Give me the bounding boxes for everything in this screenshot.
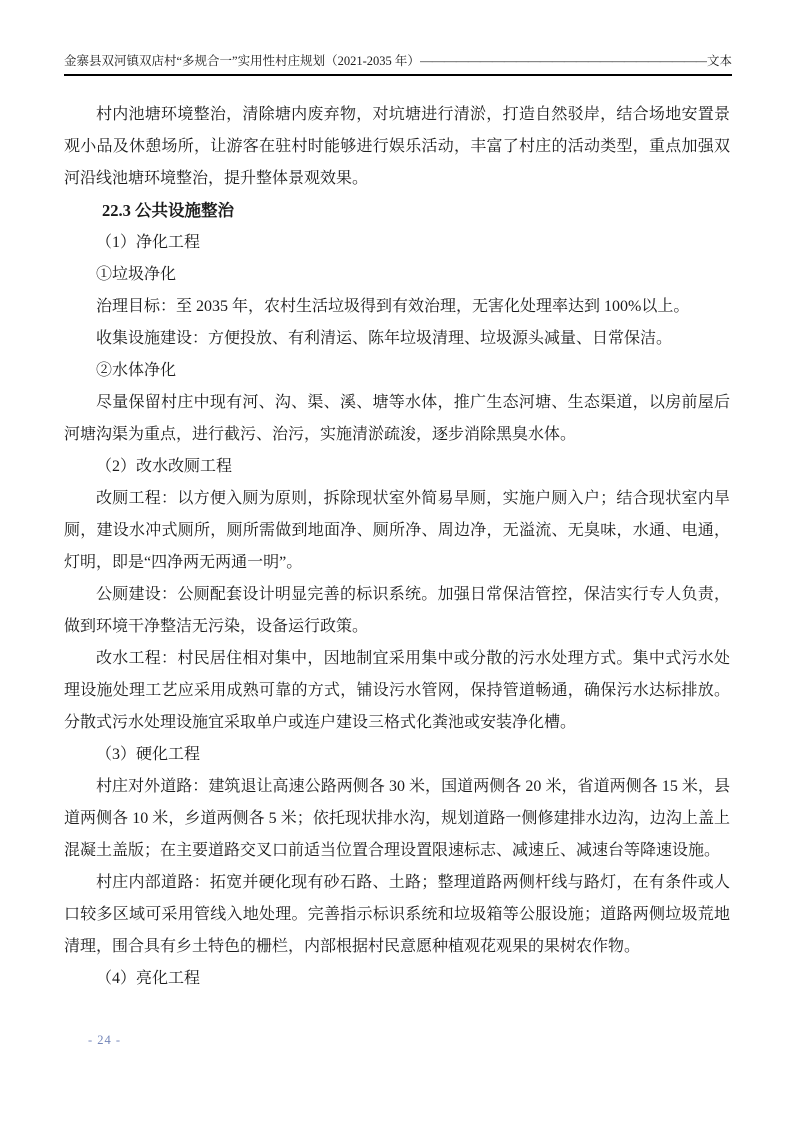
paragraph: 公厕建设：公厕配套设计明显完善的标识系统。加强日常保洁管控，保洁实行专人负责，做… — [64, 579, 730, 643]
header-title: 金寨县双河镇双店村“多规合一”实用性村庄规划（2021-2035 年） — [64, 53, 420, 70]
page-number: - 24 - — [88, 1032, 121, 1049]
paragraph: 改水工程：村民居住相对集中，因地制宜采用集中或分散的污水处理方式。集中式污水处理… — [64, 643, 730, 739]
section-heading: 22.3 公共设施整治 — [64, 195, 730, 227]
paragraph: 村庄对外道路：建筑退让高速公路两侧各 30 米，国道两侧各 20 米，省道两侧各… — [64, 771, 730, 867]
paragraph: （2）改水改厕工程 — [64, 451, 730, 483]
header-doc-type: 文本 — [707, 53, 732, 70]
paragraph: （4）亮化工程 — [64, 963, 730, 995]
document-body: 村内池塘环境整治，清除塘内废弃物，对坑塘进行清淤，打造自然驳岸，结合场地安置景观… — [64, 99, 730, 995]
paragraph: ①垃圾净化 — [64, 259, 730, 291]
paragraph: （1）净化工程 — [64, 227, 730, 259]
header-dash-fill: ———————————————————————— — [420, 53, 707, 70]
paragraph: 收集设施建设：方便投放、有利清运、陈年垃圾清理、垃圾源头减量、日常保洁。 — [64, 323, 730, 355]
paragraph: 村内池塘环境整治，清除塘内废弃物，对坑塘进行清淤，打造自然驳岸，结合场地安置景观… — [64, 99, 730, 195]
paragraph: 村庄内部道路：拓宽并硬化现有砂石路、土路；整理道路两侧杆线与路灯，在有条件或人口… — [64, 867, 730, 963]
paragraph: 改厕工程：以方便入厕为原则，拆除现状室外简易旱厕，实施户厕入户；结合现状室内旱厕… — [64, 483, 730, 579]
paragraph: 治理目标：至 2035 年，农村生活垃圾得到有效治理，无害化处理率达到 100%… — [64, 291, 730, 323]
document-page: 金寨县双河镇双店村“多规合一”实用性村庄规划（2021-2035 年） ————… — [0, 0, 794, 1122]
page-header: 金寨县双河镇双店村“多规合一”实用性村庄规划（2021-2035 年） ————… — [64, 53, 732, 76]
paragraph: ②水体净化 — [64, 355, 730, 387]
paragraph: （3）硬化工程 — [64, 739, 730, 771]
paragraph: 尽量保留村庄中现有河、沟、渠、溪、塘等水体，推广生态河塘、生态渠道，以房前屋后河… — [64, 387, 730, 451]
